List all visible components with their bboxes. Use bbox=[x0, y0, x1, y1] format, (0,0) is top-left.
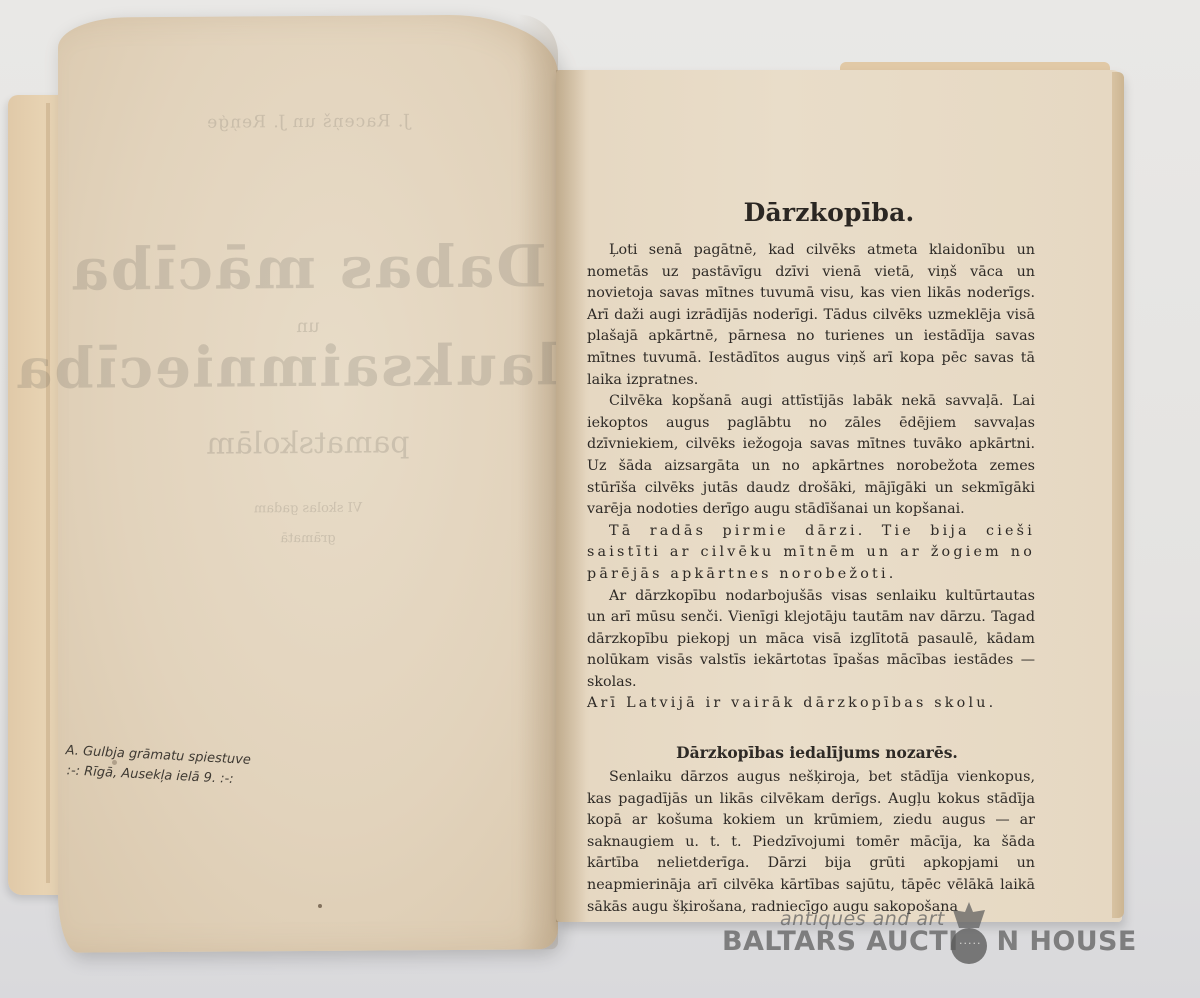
page-stack-edge bbox=[1112, 72, 1124, 918]
watermark-name-part2: N HOUSE bbox=[997, 926, 1137, 957]
auction-house-watermark: antiques and art BALTARS AUCTIN HOUSE bbox=[722, 908, 1122, 978]
paragraph: Ar dārzkopību nodarbojušās visas senlaik… bbox=[587, 586, 1035, 694]
paragraph: Cilvēka kopšanā augi attīstījās labāk ne… bbox=[587, 391, 1035, 521]
paragraph-spaced: Arī Latvijā ir vairāk dārzkopības skolu. bbox=[587, 693, 1035, 715]
left-page: J. Raceņš un J. Reņģe Dabas mācība un la… bbox=[58, 14, 558, 952]
paragraph: Ļoti senā pagātnē, kad cilvēks atmeta kl… bbox=[587, 240, 1035, 391]
chapter-title: Dārzkopība. bbox=[623, 196, 1035, 230]
show-through-line: grāmatā bbox=[58, 529, 558, 547]
show-through-title-line1: Dabas mācība bbox=[58, 232, 558, 303]
mirrored-show-through-text: J. Raceņš un J. Reņģe Dabas mācība un la… bbox=[58, 14, 558, 952]
show-through-subtitle: pamatskolām bbox=[58, 424, 558, 462]
paragraph: Senlaiku dārzos augus nešķiroja, bet stā… bbox=[587, 767, 1035, 918]
paragraph-spaced: Tā radās pirmie dārzi. Tie bija cieši sa… bbox=[587, 521, 1035, 586]
photo-scene: J. Raceņš un J. Reņģe Dabas mācība un la… bbox=[0, 0, 1200, 998]
paper-speck bbox=[318, 904, 322, 908]
watermark-name-part1: BALTARS AUCTI bbox=[722, 926, 959, 957]
show-through-author: J. Raceņš un J. Reņģe bbox=[58, 110, 558, 133]
section-title: Dārzkopības iedalījums nozarēs. bbox=[599, 741, 1035, 765]
paper-speck bbox=[112, 760, 117, 765]
show-through-title-line2: lauksaimniecība bbox=[58, 332, 558, 401]
show-through-line: VI skolas gadam bbox=[58, 499, 558, 517]
right-page-text: Dārzkopība. Ļoti senā pagātnē, kad cilvē… bbox=[587, 196, 1035, 918]
watermark-name: BALTARS AUCTIN HOUSE bbox=[722, 926, 1137, 957]
show-through-conjunction: un bbox=[58, 314, 558, 338]
